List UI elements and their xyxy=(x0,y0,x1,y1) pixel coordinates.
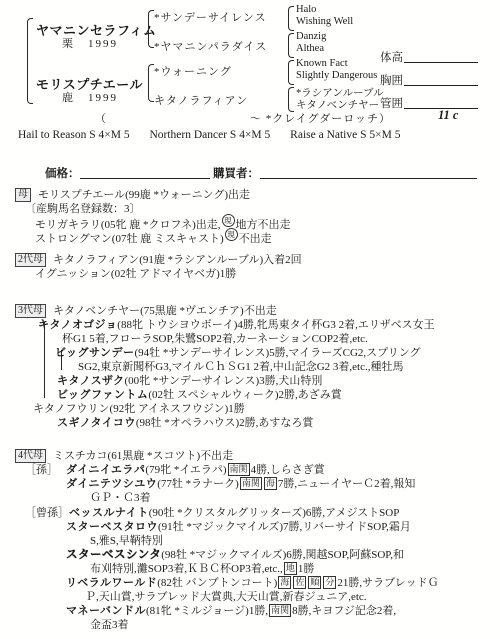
chest-label: 胸囲 xyxy=(380,72,403,88)
region-tag: 南関 xyxy=(240,477,262,490)
catalog-line: 金盃3着 xyxy=(90,616,129,632)
gp-bracket-2 xyxy=(288,33,294,58)
line-text: 7勝,ニューイヤーＣ2着,報知 xyxy=(278,478,416,490)
gp-bracket-1 xyxy=(288,6,294,31)
line-text: 不出走 xyxy=(239,233,272,245)
relation-label: ［孫］ xyxy=(25,461,66,477)
horse-name: スギノタイコウ xyxy=(57,417,136,429)
tree-connector xyxy=(61,350,62,370)
line-text: (91牡 *マジックマイルズ)7勝,リバーサイドSOP,霜月 xyxy=(158,521,411,533)
circled-current-mark: 現 xyxy=(225,228,238,241)
gp-bracket-4 xyxy=(288,87,294,112)
catalog-page: ヤマニンセラフィム 栗 1999 モリスプチエール 鹿 1999 *サンデーサイ… xyxy=(0,0,500,639)
line-text: 金盃3着 xyxy=(90,619,129,631)
buyer-label: 購買者： xyxy=(213,165,259,181)
family-bracket xyxy=(27,18,33,104)
family-line-open: （ xyxy=(95,110,107,126)
region-tag: 南関 xyxy=(269,604,291,617)
dam-dam-name: キタノラフィアン xyxy=(154,92,248,108)
tree-connector xyxy=(44,322,45,398)
sire-sire-name: *サンデーサイレンス xyxy=(154,9,267,25)
relation-label: ［曾孫］ xyxy=(25,504,69,520)
grandparent-name: Halo xyxy=(296,4,316,15)
catalog-line: ストロングマン(07牡 鹿 ミスキャスト)現不出走 xyxy=(35,228,272,246)
price-blank-line xyxy=(80,166,210,179)
line-text: (98牡 *オペラハウス)2勝,あすなろ賞 xyxy=(136,417,314,429)
inbreeding-item: Raise a Native S 5×M 5 xyxy=(290,129,400,141)
cannon-label: 管囲 xyxy=(380,95,403,111)
line-text: イグニッション(02牡 アドマイヤベガ)1勝 xyxy=(35,268,236,280)
circled-current-mark: 現 xyxy=(222,214,235,227)
sire-dam-name: *ヤマニンパラダイス xyxy=(154,38,267,54)
family-line-tail: ～ *クレイグダーロッチ） xyxy=(250,110,391,126)
region-tag: 海 xyxy=(264,477,277,490)
catalog-line: ＧＰ・Ｃ3着 xyxy=(90,489,151,505)
grandparent-name: Slightly Dangerous xyxy=(296,70,377,81)
line-text: ストロングマン(07牡 鹿 ミスキャスト) xyxy=(35,233,224,245)
dam-sire-name: *ウォーニング xyxy=(154,63,232,79)
catalog-line: イグニッション(02牡 アドマイヤベガ)1勝 xyxy=(35,265,236,281)
cannon-blank-line xyxy=(404,96,478,109)
grandparent-name: Wishing Well xyxy=(296,16,353,27)
buyer-blank-line xyxy=(260,166,477,179)
line-text: (77牡 *ラナーク) xyxy=(157,478,239,490)
line-text: 8勝,キヨフジ記念2着, xyxy=(292,605,396,617)
inbreeding-item: Hail to Reason S 4×M 5 xyxy=(18,129,130,141)
inbreeding-item: Northern Dancer S 4×M 5 xyxy=(149,129,270,141)
height-blank-line xyxy=(404,50,478,63)
grandparent-name: Known Fact xyxy=(296,58,348,69)
family-number: 11 c xyxy=(438,108,458,123)
line-text: ＧＰ・Ｃ3着 xyxy=(90,492,151,504)
sire-coat-year: 栗 1999 xyxy=(62,35,118,51)
dam-coat-year: 鹿 1999 xyxy=(62,89,118,105)
grandparent-name: Althea xyxy=(296,43,324,54)
grandparent-name: Danzig xyxy=(296,31,326,42)
height-label: 体高 xyxy=(380,49,403,65)
inbreeding-note: Hail to Reason S 4×M 5 Northern Dancer S… xyxy=(18,129,400,141)
gp-bracket-3 xyxy=(288,60,294,85)
chest-blank-line xyxy=(404,73,478,86)
line-text: (81牝 *ミルジョージ)1勝, xyxy=(146,605,268,617)
price-label: 価格： xyxy=(45,165,80,181)
catalog-line: スギノタイコウ(98牡 *オペラハウス)2勝,あすなろ賞 xyxy=(57,414,313,430)
